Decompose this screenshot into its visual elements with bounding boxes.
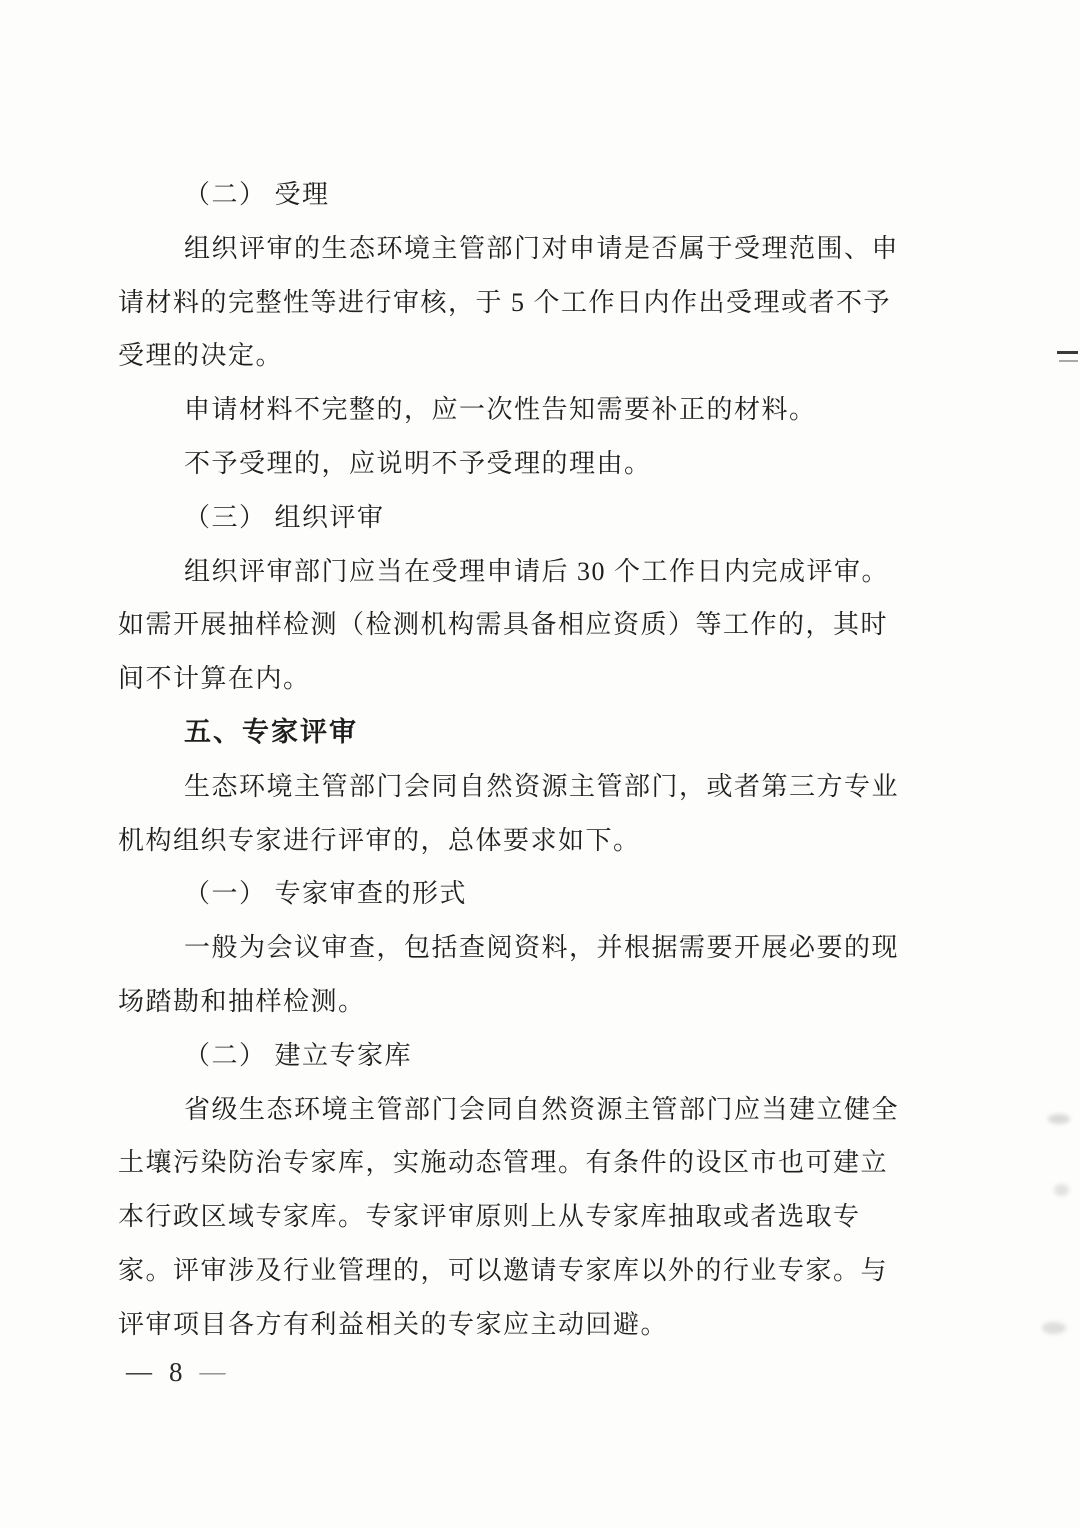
text-line: 生态环境主管部门会同自然资源主管部门，或者第三方专业 [118,760,948,814]
text-line: 评审项目各方有利益相关的专家应主动回避。 [118,1298,948,1352]
text-line: （三） 组织评审 [118,491,948,545]
text-line: 五、专家评审 [118,706,948,760]
text-line: 申请材料不完整的，应一次性告知需要补正的材料。 [118,383,948,437]
text-line: 不予受理的，应说明不予受理的理由。 [118,437,948,491]
text-line: 间不计算在内。 [118,652,948,706]
document-body: （二） 受理组织评审的生态环境主管部门对申请是否属于受理范围、申请材料的完整性等… [118,168,948,1352]
text-line: 请材料的完整性等进行审核，于 5 个工作日内作出受理或者不予 [118,276,948,330]
text-line: 场踏勘和抽样检测。 [118,975,948,1029]
text-line: 组织评审部门应当在受理申请后 30 个工作日内完成评审。 [118,545,948,599]
text-line: 如需开展抽样检测（检测机构需具备相应资质）等工作的，其时 [118,598,948,652]
footer-left-dash: — [126,1357,152,1387]
text-line: （二） 建立专家库 [118,1029,948,1083]
text-line: 省级生态环境主管部门会同自然资源主管部门应当建立健全 [118,1083,948,1137]
text-line: 家。评审涉及行业管理的，可以邀请专家库以外的行业专家。与 [118,1244,948,1298]
footer-right-dash: — [200,1357,226,1387]
text-line: 一般为会议审查，包括查阅资料，并根据需要开展必要的现 [118,921,948,975]
text-line: 机构组织专家进行评审的，总体要求如下。 [118,814,948,868]
scan-artifact-dash [1057,351,1078,354]
text-line: 组织评审的生态环境主管部门对申请是否属于受理范围、申 [118,222,948,276]
page-footer: — 8 — [126,1352,226,1392]
scan-artifact-smudge [1054,1184,1069,1196]
page-number: 8 [169,1357,183,1388]
scan-artifact-smudge [1042,1322,1066,1334]
text-line: 本行政区域专家库。专家评审原则上从专家库抽取或者选取专 [118,1190,948,1244]
document-page: （二） 受理组织评审的生态环境主管部门对申请是否属于受理范围、申请材料的完整性等… [0,0,1080,1528]
scan-artifact-smudge [1048,1114,1070,1124]
text-line: （二） 受理 [118,168,948,222]
text-line: 土壤污染防治专家库，实施动态管理。有条件的设区市也可建立 [118,1136,948,1190]
text-line: （一） 专家审查的形式 [118,867,948,921]
text-line: 受理的决定。 [118,329,948,383]
scan-artifact-dash [1059,360,1078,362]
